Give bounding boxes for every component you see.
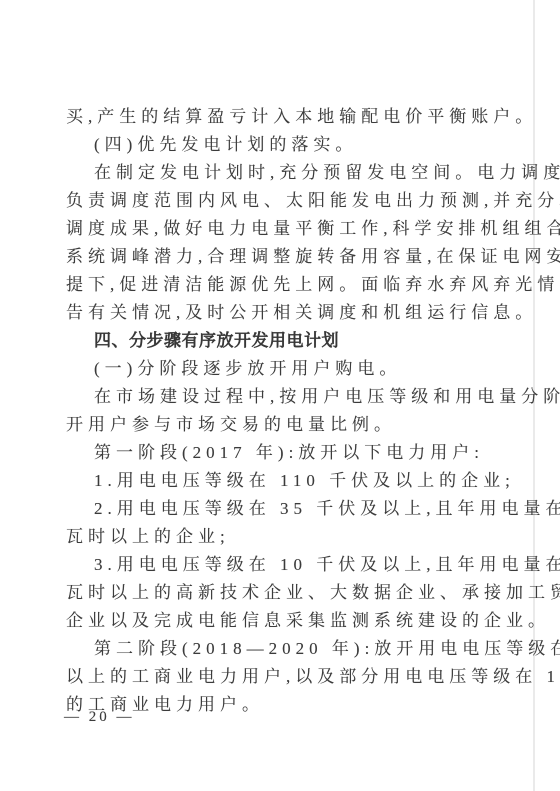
text-line: 在市场建设过程中,按用户电压等级和用电量分阶段逐步放 <box>66 383 518 411</box>
text-line: 3.用电电压等级在 10 千伏及以上,且年用电量在 1000 万千 <box>66 551 518 579</box>
text-line: 买,产生的结算盈亏计入本地输配电价平衡账户。 <box>66 103 518 131</box>
document-page: 买,产生的结算盈亏计入本地输配电价平衡账户。 (四)优先发电计划的落实。 在制定… <box>0 0 560 791</box>
text-line: 开用户参与市场交易的电量比例。 <box>66 411 518 439</box>
text-line: 告有关情况,及时公开相关调度和机组运行信息。 <box>66 299 518 327</box>
text-line: 调度成果,做好电力电量平衡工作,科学安排机组组合,充分挖掘 <box>66 215 518 243</box>
text-line: 1.用电电压等级在 110 千伏及以上的企业; <box>66 467 518 495</box>
text-line: 提下,促进清洁能源优先上网。面临弃水弃风弃光情况时,及时预 <box>66 271 518 299</box>
text-line: 第一阶段(2017 年):放开以下电力用户: <box>66 439 518 467</box>
text-line: (四)优先发电计划的落实。 <box>66 131 518 159</box>
text-line: 瓦时以上的企业; <box>66 523 518 551</box>
section-heading: 四、分步骤有序放开发用电计划 <box>66 327 518 355</box>
text-line: 负责调度范围内风电、太阳能发电出力预测,并充分利用水电预报 <box>66 187 518 215</box>
text-line: 在制定发电计划时,充分预留发电空间。电力调度机构统一 <box>66 159 518 187</box>
text-line: 2.用电电压等级在 35 千伏及以上,且年用电量在 5000 万千 <box>66 495 518 523</box>
page-number: — 20 — <box>64 706 135 728</box>
text-line: 系统调峰潜力,合理调整旋转备用容量,在保证电网安全运行的前 <box>66 243 518 271</box>
text-line: (一)分阶段逐步放开用户购电。 <box>66 355 518 383</box>
text-line: 企业以及完成电能信息采集监测系统建设的企业。 <box>66 607 518 635</box>
text-line: 瓦时以上的高新技术企业、大数据企业、承接加工贸易产业转移的 <box>66 579 518 607</box>
text-line: 以上的工商业电力用户,以及部分用电电压等级在 10 千伏及以上 <box>66 663 518 691</box>
document-text: 买,产生的结算盈亏计入本地输配电价平衡账户。 (四)优先发电计划的落实。 在制定… <box>66 103 518 719</box>
text-line: 第二阶段(2018—2020 年):放开用电电压等级在 35 千伏及 <box>66 635 518 663</box>
